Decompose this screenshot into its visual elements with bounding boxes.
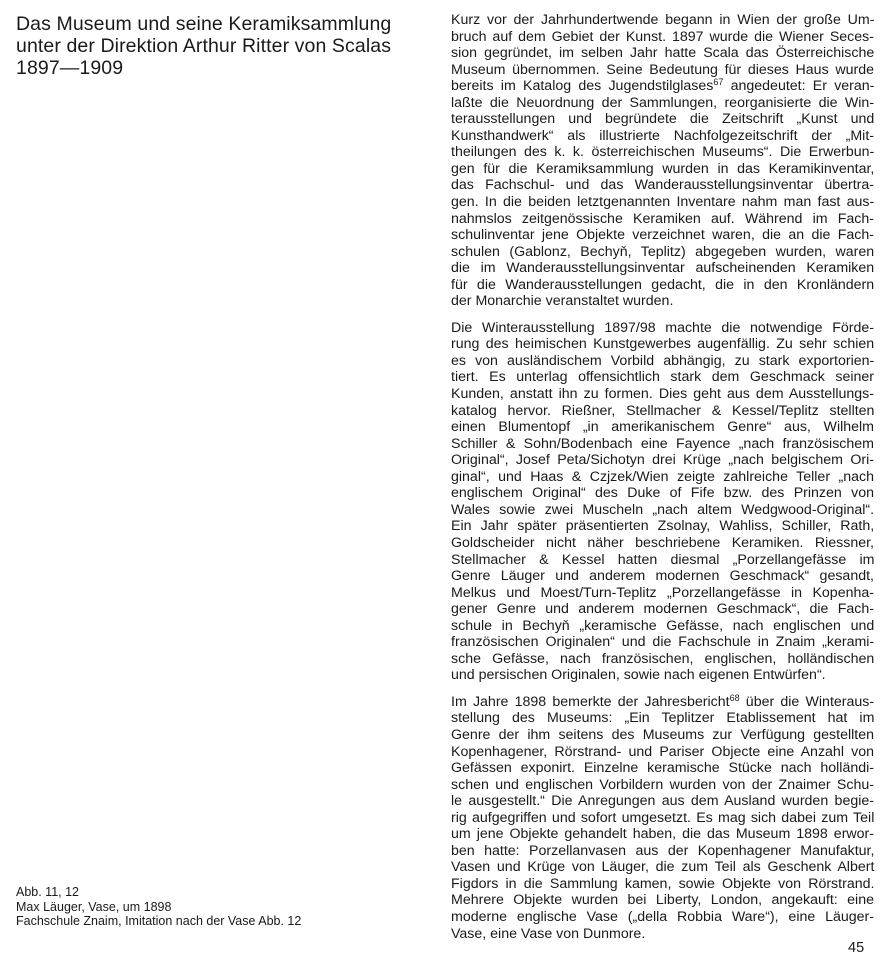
text-line: Wales sowie zwei Muscheln „nach altem We… (451, 502, 874, 519)
text-line: ginal“, und Haas & Czjzek/Wien zeigte za… (451, 469, 874, 486)
chapter-heading: Das Museum und seine Keramiksammlung unt… (16, 13, 436, 79)
footnote-reference: 67 (713, 77, 723, 87)
text-line: gener Genre und anderem modernen Geschma… (451, 601, 874, 618)
document-page: Das Museum und seine Keramiksammlung unt… (0, 0, 886, 963)
text-line: die im Wanderausstellungsinventar aufsch… (451, 260, 874, 277)
text-line: sche Gefässe, nach französischen, englis… (451, 651, 874, 668)
text-line: moderne englische Vase („della Robbia Wa… (451, 909, 874, 926)
text-line: gen. In die beiden letztgenannten Invent… (451, 194, 874, 211)
body-text-column: Kurz vor der Jahrhundertwende begann in … (451, 12, 874, 952)
text-line: bereits im Katalog des Jugendstilglases6… (451, 78, 874, 95)
heading-line: 1897—1909 (16, 57, 436, 79)
body-paragraph: Kurz vor der Jahrhundertwende begann in … (451, 12, 874, 310)
text-line: Mehrere Objekte wurden bei Liberty, Lond… (451, 892, 874, 909)
text-line: Original“, Josef Peta/Sichotyn drei Krüg… (451, 452, 874, 469)
text-line: Gefässen exponirt. Einzelne keramische S… (451, 760, 874, 777)
text-line: rig aufgegriffen und sofort umgesetzt. E… (451, 810, 874, 827)
text-line: nahmslos zeitgenössische Keramiken auf. … (451, 211, 874, 228)
caption-line: Max Läuger, Vase, um 1898 (16, 900, 301, 915)
text-line: Melkus und Moest/Turn-Teplitz „Porzellan… (451, 585, 874, 602)
text-line: gen für die Keramiksammlung wurden in da… (451, 161, 874, 178)
text-line: Genre Läuger und anderem modernen Geschm… (451, 568, 874, 585)
text-line: bruch auf dem Gebiet der Kunst. 1897 wur… (451, 29, 874, 46)
text-line: Im Jahre 1898 bemerkte der Jahresbericht… (451, 694, 874, 711)
text-line: laßte die Neuordnung der Sammlungen, reo… (451, 95, 874, 112)
text-line: Vase, eine Vase von Dunmore. (451, 926, 874, 943)
body-paragraph: Die Winterausstellung 1897/98 machte die… (451, 320, 874, 684)
caption-line: Abb. 11, 12 (16, 885, 301, 900)
text-line: und persischen Originalen, sowie nach ei… (451, 667, 874, 684)
text-line: Museum übernommen. Seine Bedeutung für d… (451, 62, 874, 79)
text-line: schulen (Gablonz, Bechyň, Teplitz) abgeg… (451, 244, 874, 261)
text-line: Goldscheider nicht näher beschriebene Ke… (451, 535, 874, 552)
text-line: es von ausländischem Vorbild abhängig, z… (451, 353, 874, 370)
text-line: Genre der ihm seitens des Museums zur Ve… (451, 727, 874, 744)
text-line: Kunsthandwerk“ als illustrierte Nachfolg… (451, 128, 874, 145)
text-line: französischen Originalen“ und die Fachsc… (451, 634, 874, 651)
text-line: stellung des Museums: „Ein Teplitzer Eta… (451, 710, 874, 727)
text-line: um jene Objekte gehandelt haben, die das… (451, 826, 874, 843)
text-line: Die Winterausstellung 1897/98 machte die… (451, 320, 874, 337)
text-line: Kurz vor der Jahrhundertwende begann in … (451, 12, 874, 29)
text-line: englischem Original“ des Duke of Fife bz… (451, 485, 874, 502)
heading-line: unter der Direktion Arthur Ritter von Sc… (16, 35, 436, 57)
text-line: rung des heimischen Kunstgewerbes augenf… (451, 336, 874, 353)
text-line: Stellmacher & Kessel hatten diesmal „Por… (451, 552, 874, 569)
text-line: der Monarchie veranstaltet wurden. (451, 293, 874, 310)
text-line: tiert. Es unterlag offensichtlich stark … (451, 369, 874, 386)
text-line: Kunden, anstatt ihn zu formen. Dies geht… (451, 386, 874, 403)
text-line: das Fachschul- und das Wanderausstellung… (451, 177, 874, 194)
text-line: ben hatte: Porzellanvasen aus der Kopenh… (451, 843, 874, 860)
page-number: 45 (848, 940, 864, 956)
text-line: Kopenhagener, Rörstrand- und Pariser Obj… (451, 744, 874, 761)
text-line: katalog hervor. Rießner, Stellmacher & K… (451, 403, 874, 420)
text-line: für die Wanderausstellungen gedacht, die… (451, 277, 874, 294)
text-line: schulinventar jene Objekte verzeichnet w… (451, 227, 874, 244)
caption-line: Fachschule Znaim, Imitation nach der Vas… (16, 914, 301, 929)
text-line: terausstellungen und begründete die Zeit… (451, 111, 874, 128)
footnote-reference: 68 (730, 693, 740, 703)
body-paragraph: Im Jahre 1898 bemerkte der Jahresbericht… (451, 694, 874, 942)
text-line: Figdors in die Sammlung kamen, sowie Obj… (451, 876, 874, 893)
text-line: einen Blumentopf „in amerikanischem Genr… (451, 419, 874, 436)
heading-line: Das Museum und seine Keramiksammlung (16, 13, 436, 35)
text-line: Schiller & Sohn/Bodenbach eine Fayence „… (451, 436, 874, 453)
figure-caption: Abb. 11, 12 Max Läuger, Vase, um 1898 Fa… (16, 885, 301, 929)
text-line: le ausgestellt.“ Die Anregungen aus dem … (451, 793, 874, 810)
text-line: schen und englischen Vorbildern wurden v… (451, 777, 874, 794)
text-line: sion gegründet, im selben Jahr hatte Sca… (451, 45, 874, 62)
text-line: schule in Bechyň „keramische Gefässe, na… (451, 618, 874, 635)
text-line: Vasen und Krüge von Läuger, die zum Teil… (451, 859, 874, 876)
text-line: theilungen des k. k. österreichischen Mu… (451, 144, 874, 161)
text-line: Ein Jahr später präsentierten Zsolnay, W… (451, 518, 874, 535)
